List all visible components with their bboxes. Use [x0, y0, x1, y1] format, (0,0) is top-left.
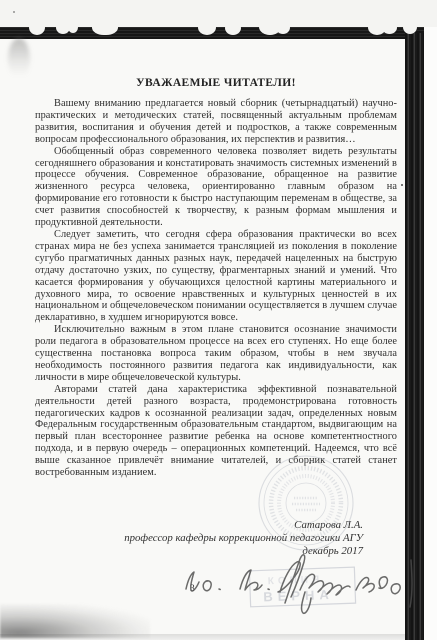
scan-speckle	[13, 11, 15, 13]
copy-stamp: КОПИЯ ВЕРНА	[249, 567, 355, 607]
document-body: УВАЖАЕМЫЕ ЧИТАТЕЛИ! Вашему вниманию пред…	[35, 77, 397, 479]
scan-right-margin	[424, 27, 437, 640]
signature-name: Сатарова Л.А.	[124, 519, 363, 532]
binding-notch	[276, 21, 290, 34]
binding-notch	[92, 19, 118, 35]
page-number: 3	[190, 584, 195, 594]
binding-shadow-right	[405, 33, 424, 640]
copy-stamp-line2: ВЕРНА	[263, 587, 334, 604]
scanned-page: УВАЖАЕМЫЕ ЧИТАТЕЛИ! Вашему вниманию пред…	[0, 0, 437, 640]
signature-date: декабрь 2017	[124, 545, 363, 558]
binding-notch	[382, 21, 397, 34]
scan-smudge-bottom-left	[0, 604, 150, 638]
signature-block: Сатарова Л.А. профессор кафедры коррекци…	[124, 519, 363, 559]
signature-title: профессор кафедры коррекционной педагоги…	[124, 532, 363, 545]
paragraph: Вашему вниманию предлагается новый сборн…	[35, 98, 397, 146]
scan-smudge-top-left	[8, 38, 30, 80]
scan-speckle	[401, 184, 403, 186]
copy-stamp-line1: КОПИЯ	[268, 574, 324, 587]
binding-notch	[225, 21, 241, 35]
page-title: УВАЖАЕМЫЕ ЧИТАТЕЛИ!	[35, 77, 397, 89]
binding-notch	[403, 20, 417, 34]
paragraph: Исключительно важным в этом плане станов…	[35, 324, 397, 384]
paragraph: Авторами статей дана характеристика эффе…	[35, 384, 397, 479]
handwritten-signature	[186, 555, 412, 614]
paragraph: Следует заметить, что сегодня сфера обра…	[35, 229, 397, 324]
binding-notch	[29, 20, 45, 35]
binding-notch	[198, 20, 216, 35]
paragraph: Обобщенный образ современного человека п…	[35, 146, 397, 229]
binding-notch	[68, 22, 78, 33]
